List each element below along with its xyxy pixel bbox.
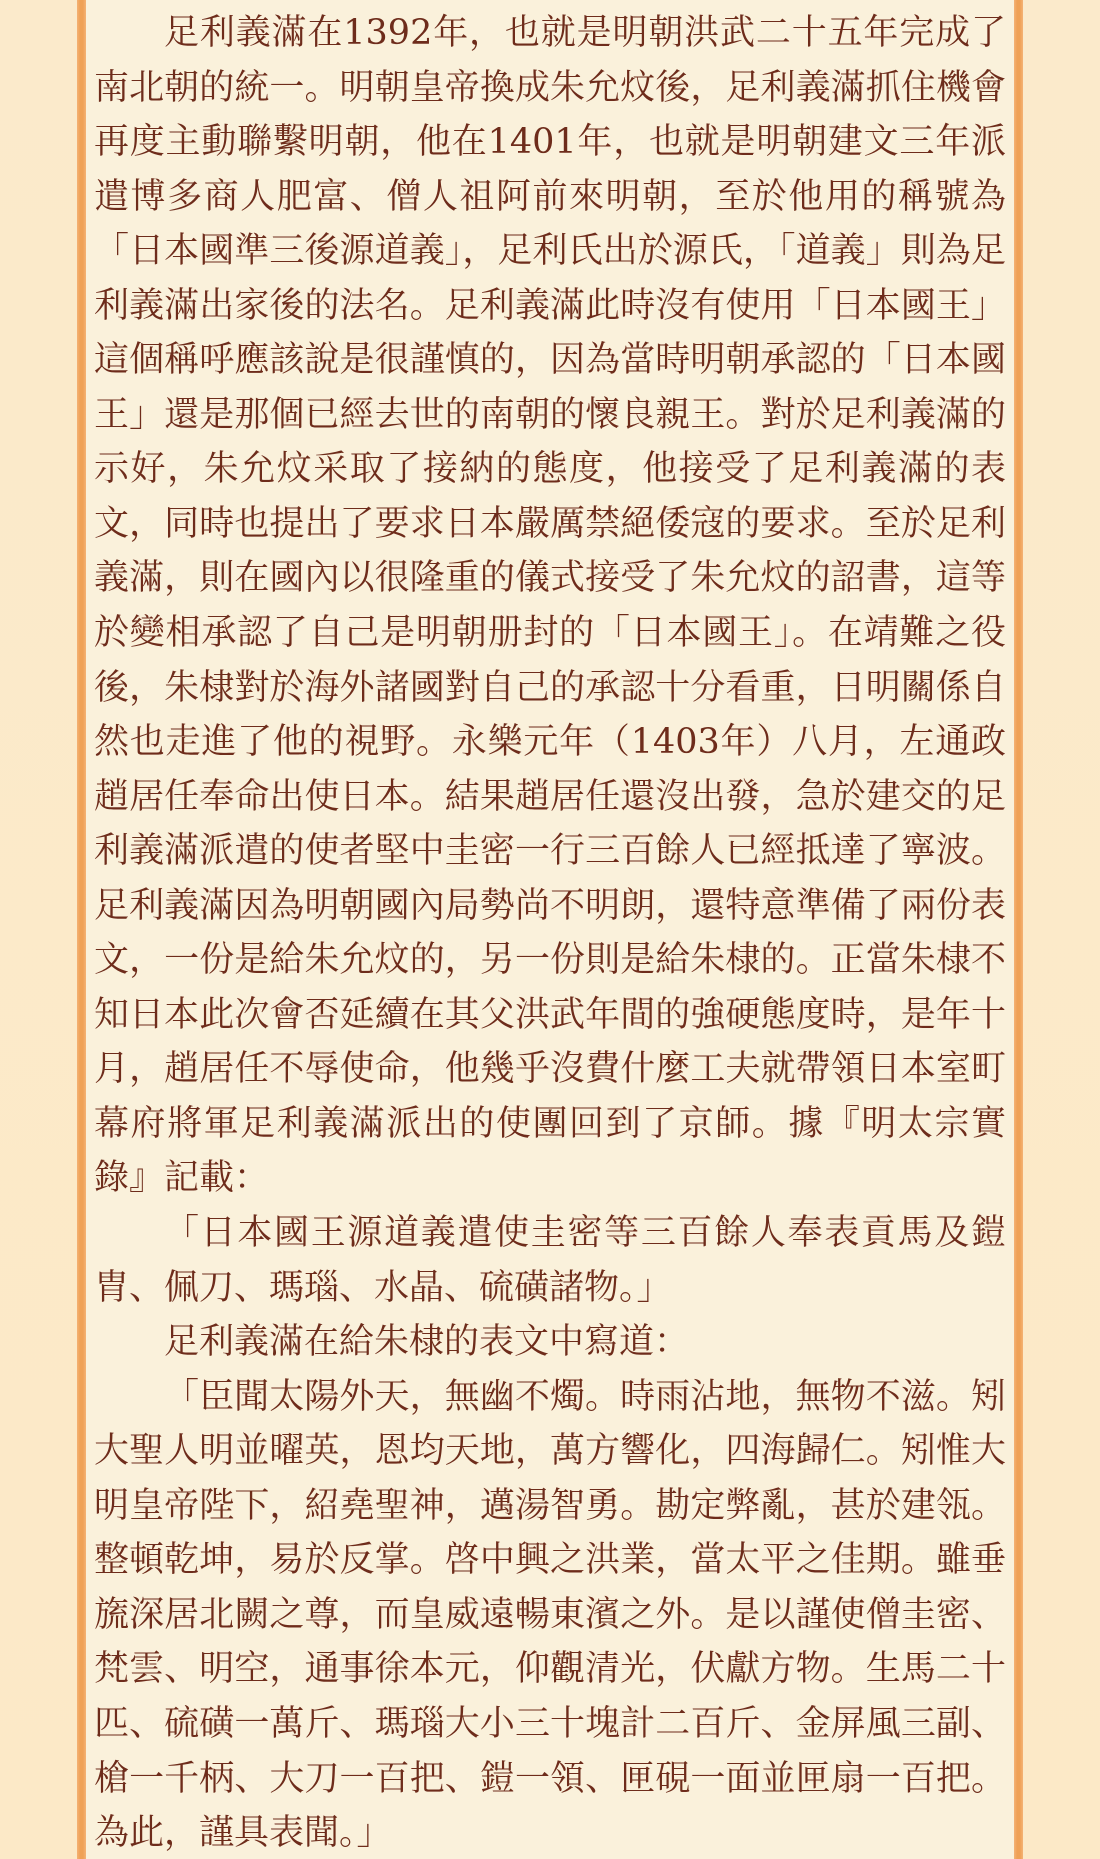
paragraph-quote-memorial: 「臣聞太陽外天，無幽不燭。時雨沾地，無物不滋。矧大聖人明並曜英，恩均天地，萬方響…	[94, 1370, 1006, 1859]
left-page-margin	[0, 0, 77, 1859]
paragraph-narrative-2: 足利義滿在給朱棣的表文中寫道：	[94, 1315, 1006, 1370]
right-page-margin	[1023, 0, 1100, 1859]
ebook-reader-page: 足利義滿在1392年，也就是明朝洪武二十五年完成了南北朝的統一。明朝皇帝換成朱允…	[0, 0, 1100, 1859]
paragraph-narrative-1: 足利義滿在1392年，也就是明朝洪武二十五年完成了南北朝的統一。明朝皇帝換成朱允…	[94, 6, 1006, 1206]
left-border-stripe	[77, 0, 86, 1859]
page-text-content: 足利義滿在1392年，也就是明朝洪武二十五年完成了南北朝的統一。明朝皇帝換成朱允…	[86, 0, 1014, 1859]
paragraph-quote-tribute-list: 「日本國王源道義遣使圭密等三百餘人奉表貢馬及鎧胄、佩刀、瑪瑙、水晶、硫磺諸物。」	[94, 1206, 1006, 1315]
right-border-stripe	[1014, 0, 1023, 1859]
